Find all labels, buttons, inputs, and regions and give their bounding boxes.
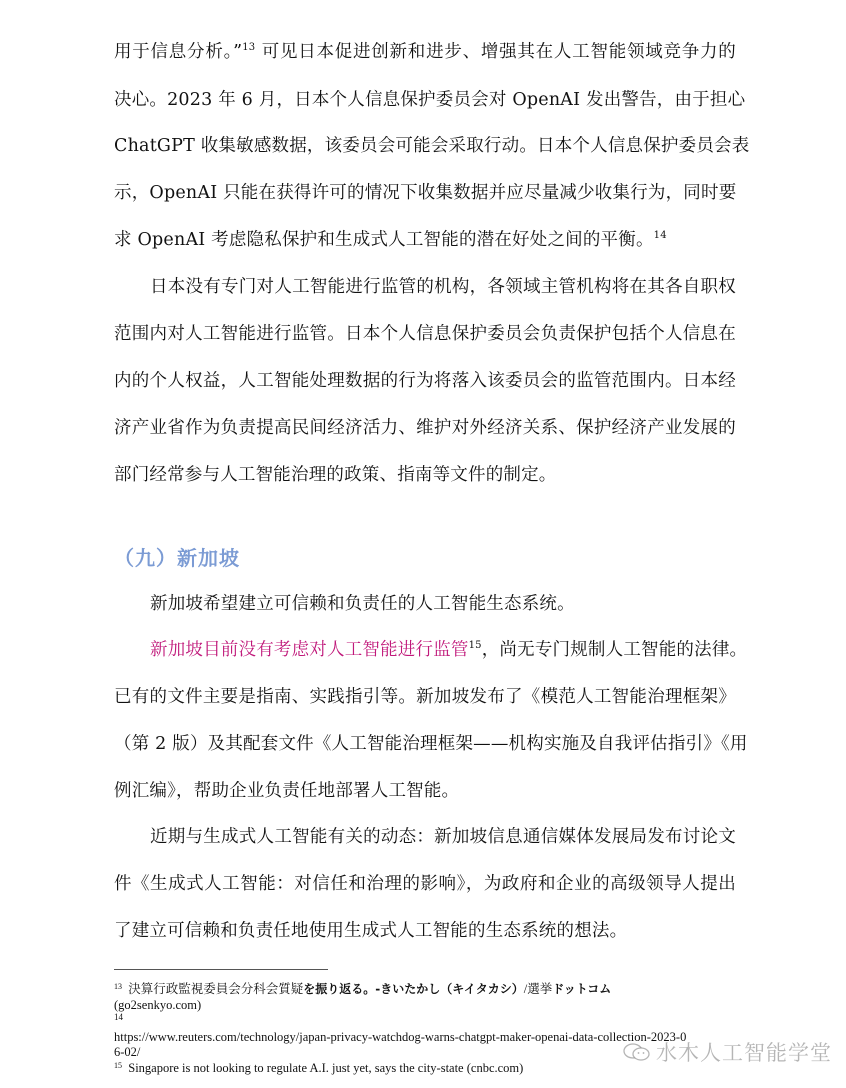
footnote-link[interactable]: (go2senkyo.com)	[114, 998, 201, 1013]
paragraph-line: 示，OpenAI 只能在获得许可的情况下收集数据并应尽量减少收集行为，同时要	[114, 181, 736, 205]
paragraph-line: 部门经常参与人工智能治理的政策、指南等文件的制定。	[114, 463, 736, 487]
watermark-text: 水木人工智能学堂	[656, 1037, 832, 1067]
paragraph-line: （第 2 版）及其配套文件《人工智能治理框架——机构实施及自我评估指引》《用	[114, 732, 736, 756]
section-heading: （九）新加坡	[114, 542, 240, 571]
footnote-separator	[114, 969, 328, 970]
footnote-13: 13 決算行政監視委員会分科会質疑を振り返る。-きいたかし（キイタカシ）/選挙ド…	[114, 982, 611, 997]
paragraph-line: 用于信息分析。”13 可见日本促进创新和进步、增强其在人工智能领域竞争力的	[114, 40, 736, 64]
paragraph-line: 例汇编》，帮助企业负责任地部署人工智能。	[114, 779, 736, 803]
paragraph-line: 济产业省作为负责提高民间经济活力、维护对外经济关系、保护经济产业发展的	[114, 416, 736, 440]
paragraph-line: 求 OpenAI 考虑隐私保护和生成式人工智能的潜在好处之间的平衡。14	[114, 228, 736, 252]
highlighted-text: 新加坡目前没有考虑对人工智能进行监管	[150, 640, 469, 660]
footnote-text: を振り返る。-きいたかし（キイタカシ）	[303, 982, 524, 996]
paragraph-line: 了建立可信赖和负责任地使用生成式人工智能的生态系统的想法。	[114, 919, 736, 943]
paragraph-line: 已有的文件主要是指南、实践指引等。新加坡发布了《模范人工智能治理框架》	[114, 685, 736, 709]
document-page: 用于信息分析。”13 可见日本促进创新和进步、增强其在人工智能领域竞争力的 决心…	[0, 0, 846, 1088]
text-span: 用于信息分析。”	[114, 42, 242, 62]
text-span: 求 OpenAI 考虑隐私保护和生成式人工智能的潜在好处之间的平衡。	[114, 230, 654, 250]
footnote-15: 15 Singapore is not looking to regulate …	[114, 1061, 523, 1076]
text-span: ，尚无专门规制人工智能的法律。	[482, 640, 748, 660]
footnote-number: 15	[114, 1061, 122, 1070]
footnote-ref-13[interactable]: 13	[242, 42, 255, 53]
paragraph-line: 日本没有专门对人工智能进行监管的机构，各领域主管机构将在其各自职权	[150, 275, 736, 299]
paragraph-line: 新加坡希望建立可信赖和负责任的人工智能生态系统。	[150, 592, 736, 616]
footnote-link[interactable]: 6-02/	[114, 1045, 140, 1060]
wechat-icon	[622, 1042, 652, 1062]
footnote-ref-14[interactable]: 14	[654, 230, 667, 241]
text-span: 可见日本促进创新和进步、增强其在人工智能领域竞争力的	[255, 42, 736, 62]
paragraph-line: 内的个人权益，人工智能处理数据的行为将落入该委员会的监管范围内。日本经	[114, 369, 736, 393]
footnote-text: ドットコム	[552, 982, 611, 996]
paragraph-line: 决心。2023 年 6 月，日本个人信息保护委员会对 OpenAI 发出警告，由…	[114, 88, 736, 112]
paragraph-line: 范围内对人工智能进行监管。日本个人信息保护委员会负责保护包括个人信息在	[114, 322, 736, 346]
watermark: 水木人工智能学堂	[622, 1037, 832, 1067]
paragraph-line: 近期与生成式人工智能有关的动态：新加坡信息通信媒体发展局发布讨论文	[150, 825, 736, 849]
footnote-link[interactable]: Singapore is not looking to regulate A.I…	[128, 1061, 523, 1075]
footnote-number: 13	[114, 982, 122, 991]
footnote-ref-15[interactable]: 15	[469, 640, 482, 651]
paragraph-line: ChatGPT 收集敏感数据，该委员会可能会采取行动。日本个人信息保护委员会表	[114, 134, 736, 158]
footnote-text: 決算行政監視委員会分科会質疑	[128, 982, 303, 996]
footnote-text: /選挙	[524, 982, 552, 996]
footnote-link[interactable]: https://www.reuters.com/technology/japan…	[114, 1030, 686, 1045]
paragraph-line: 新加坡目前没有考虑对人工智能进行监管15，尚无专门规制人工智能的法律。	[150, 638, 736, 662]
paragraph-line: 件《生成式人工智能：对信任和治理的影响》，为政府和企业的高级领导人提出	[114, 872, 736, 896]
footnote-number: 14	[114, 1012, 123, 1022]
